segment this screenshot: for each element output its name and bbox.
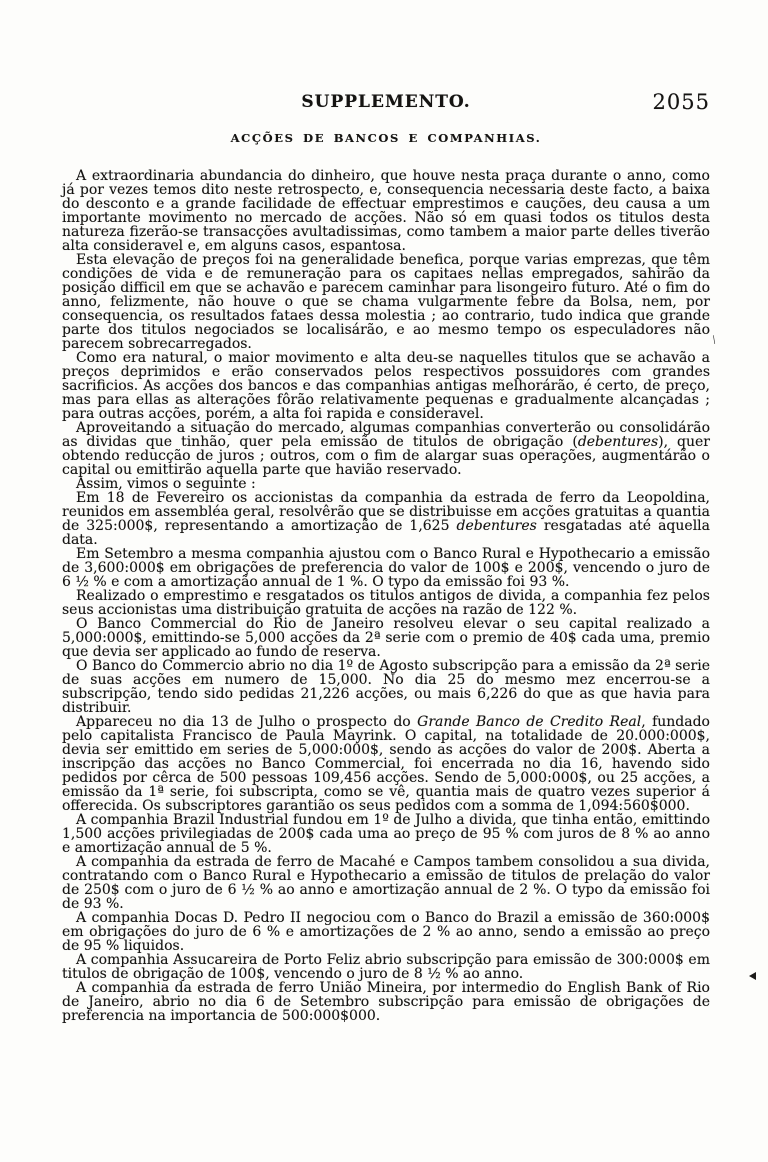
paragraph: Esta elevação de preços foi na generalid… (62, 253, 710, 351)
paragraph: Appareceu no dia 13 de Julho o prospecto… (62, 715, 710, 813)
paragraph: Como era natural, o maior movimento e al… (62, 351, 710, 421)
page-title: SUPPLEMENTO. (62, 92, 710, 112)
paragraph: O Banco do Commercio abrio no dia 1º de … (62, 659, 710, 715)
paragraph: A extraordinaria abundancia do dinheiro,… (62, 169, 710, 253)
section-title: ACÇÕES DE BANCOS E COMPANHIAS. (62, 131, 710, 145)
paragraph: Em 18 de Fevereiro os accionistas da com… (62, 491, 710, 547)
paragraph: Realizado o emprestimo e resgatados os t… (62, 589, 710, 617)
page-number: 2055 (653, 90, 710, 114)
scanned-document-page: SUPPLEMENTO. 2055 ACÇÕES DE BANCOS E COM… (0, 0, 768, 1162)
article-body: A extraordinaria abundancia do dinheiro,… (62, 169, 710, 1023)
margin-slash-mark: ﹨ (707, 327, 723, 348)
margin-arrow-mark (749, 972, 756, 980)
paragraph: A companhia da estrada de ferro de Macah… (62, 855, 710, 911)
paragraph: A companhia da estrada de ferro União Mi… (62, 981, 710, 1023)
paragraph: Assim, vimos o seguinte : (62, 477, 710, 491)
paragraph: A companhia Brazil Industrial fundou em … (62, 813, 710, 855)
paragraph: Em Setembro a mesma companhia ajustou co… (62, 547, 710, 589)
page-header: SUPPLEMENTO. 2055 (62, 90, 710, 118)
text-column: SUPPLEMENTO. 2055 ACÇÕES DE BANCOS E COM… (62, 90, 710, 1023)
paragraph: A companhia Docas D. Pedro II negociou c… (62, 911, 710, 953)
paragraph: Aproveitando a situação do mercado, algu… (62, 421, 710, 477)
paragraph: A companhia Assucareira de Porto Feliz a… (62, 953, 710, 981)
paragraph: O Banco Commercial do Rio de Janeiro res… (62, 617, 710, 659)
